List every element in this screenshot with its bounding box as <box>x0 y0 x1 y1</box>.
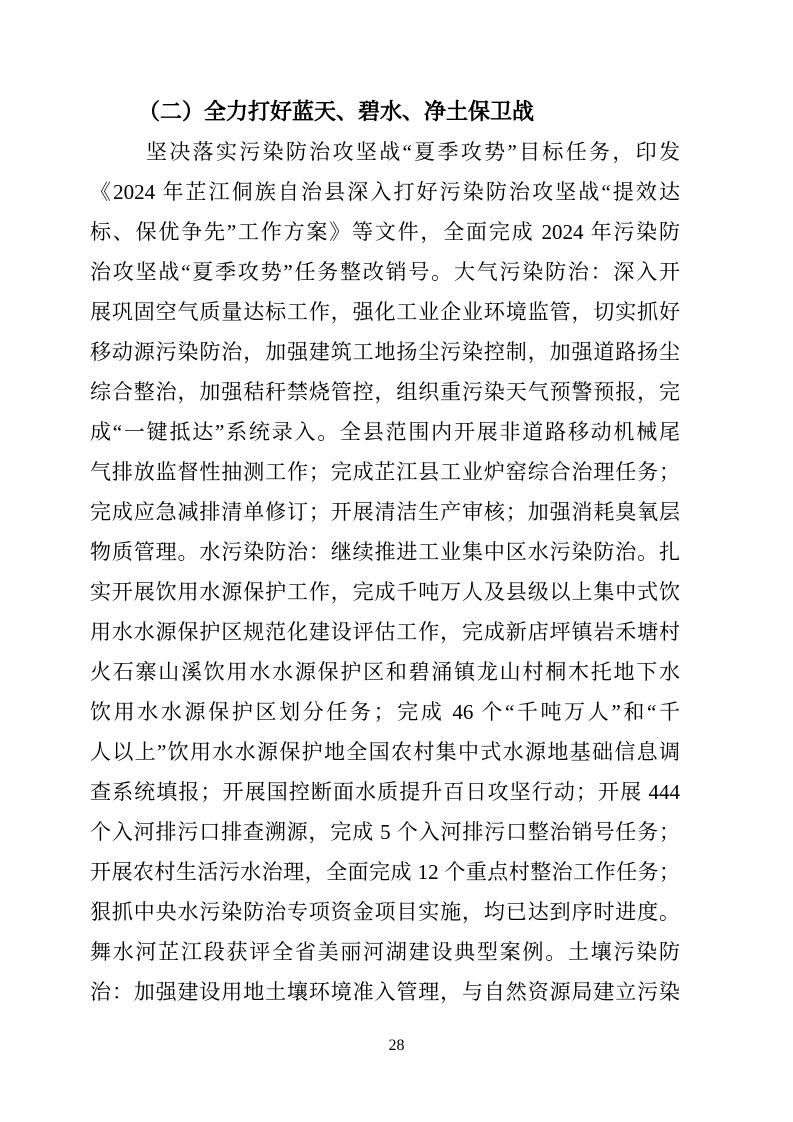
paragraph: 坚决落实污染防治攻坚战“夏季攻势”目标任务，印发《2024 年芷江侗族自治县深入… <box>90 132 680 1012</box>
paragraph-line: 展巩固空气质量达标工作，强化工业企业环境监管，切实抓好 <box>90 292 680 332</box>
paragraph-line: 标、保优争先”工作方案》等文件，全面完成 2024 年污染防 <box>90 212 680 252</box>
paragraph-line: 实开展饮用水源保护工作，完成千吨万人及县级以上集中式饮 <box>90 572 680 612</box>
paragraph-line: 舞水河芷江段获评全省美丽河湖建设典型案例。土壤污染防 <box>90 932 680 972</box>
paragraph-line: 治攻坚战“夏季攻势”任务整改销号。大气污染防治：深入开 <box>90 252 680 292</box>
paragraph-line: 治：加强建设用地土壤环境准入管理，与自然资源局建立污染 <box>90 972 680 1012</box>
section-heading: （二）全力打好蓝天、碧水、净土保卫战 <box>90 92 680 132</box>
paragraph-line: 移动源污染防治，加强建筑工地扬尘污染控制，加强道路扬尘 <box>90 332 680 372</box>
paragraph-line: 成“一键抵达”系统录入。全县范围内开展非道路移动机械尾 <box>90 412 680 452</box>
paragraph-line: 物质管理。水污染防治：继续推进工业集中区水污染防治。扎 <box>90 532 680 572</box>
paragraph-line: 综合整治，加强秸秆禁烧管控，组织重污染天气预警预报，完 <box>90 372 680 412</box>
paragraph-line: 个入河排污口排查溯源，完成 5 个入河排污口整治销号任务； <box>90 812 680 852</box>
paragraph-line: 完成应急减排清单修订；开展清洁生产审核；加强消耗臭氧层 <box>90 492 680 532</box>
paragraph-line: 火石寨山溪饮用水水源保护区和碧涌镇龙山村桐木托地下水 <box>90 652 680 692</box>
paragraph-line: 人以上”饮用水水源保护地全国农村集中式水源地基础信息调 <box>90 732 680 772</box>
paragraph-line: 查系统填报；开展国控断面水质提升百日攻坚行动；开展 444 <box>90 772 680 812</box>
paragraph-line: 饮用水水源保护区划分任务；完成 46 个“千吨万人”和“千 <box>90 692 680 732</box>
paragraph-line: 用水水源保护区规范化建设评估工作，完成新店坪镇岩禾塘村 <box>90 612 680 652</box>
paragraph-line: 开展农村生活污水治理，全面完成 12 个重点村整治工作任务； <box>90 852 680 892</box>
document-page: （二）全力打好蓝天、碧水、净土保卫战 坚决落实污染防治攻坚战“夏季攻势”目标任务… <box>0 0 793 1122</box>
body-text: （二）全力打好蓝天、碧水、净土保卫战 坚决落实污染防治攻坚战“夏季攻势”目标任务… <box>90 92 680 1012</box>
paragraph-line: 气排放监督性抽测工作；完成芷江县工业炉窑综合治理任务； <box>90 452 680 492</box>
paragraph-line: 坚决落实污染防治攻坚战“夏季攻势”目标任务，印发 <box>90 132 680 172</box>
page-number: 28 <box>0 1034 793 1058</box>
paragraph-line: 狠抓中央水污染防治专项资金项目实施，均已达到序时进度。 <box>90 892 680 932</box>
paragraph-line: 《2024 年芷江侗族自治县深入打好污染防治攻坚战“提效达 <box>90 172 680 212</box>
